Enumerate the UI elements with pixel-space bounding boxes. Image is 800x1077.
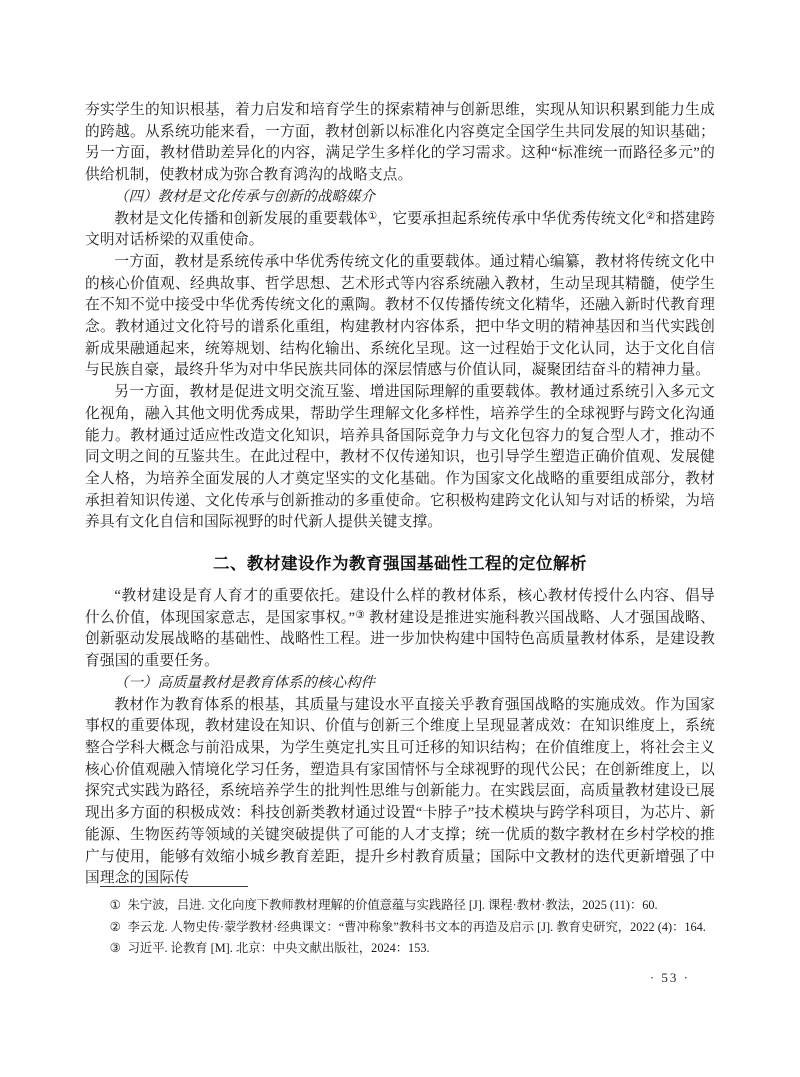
footnote-item: ①朱宁波，吕进. 文化向度下教师教材理解的价值意蕴与实践路径 [J]. 课程·教…: [85, 895, 715, 917]
footnote-divider: [100, 886, 248, 887]
paragraph-segment: 教材是文化传播和创新发展的重要载体: [114, 211, 367, 227]
subheading-one: （一）高质量教材是教育体系的核心构件: [85, 673, 715, 695]
footnote-marker-2: ②: [110, 920, 121, 934]
footnote-marker-1: ①: [110, 898, 121, 912]
footnote-ref-2: ②: [646, 211, 656, 222]
paragraph-other-hand: 另一方面，教材是促进文明交流互鉴、增进国际理解的重要载体。教材通过系统引入多元文…: [85, 382, 715, 534]
paragraph-continued-from-previous-page: 夯实学生的知识根基，着力启发和培育学生的探索精神与创新思维，实现从知识积累到能力…: [85, 100, 715, 187]
subheading-four: （四）教材是文化传承与创新的战略媒介: [85, 187, 715, 209]
paragraph-segment: ，它要承担起系统传承中华优秀传统文化: [377, 211, 645, 227]
document-page: 夯实学生的知识根基，着力启发和培育学生的探索精神与创新思维，实现从知识积累到能力…: [0, 0, 800, 1077]
footnote-text: 朱宁波，吕进. 文化向度下教师教材理解的价值意蕴与实践路径 [J]. 课程·教材…: [128, 898, 658, 912]
paragraph-quality: 教材作为教育体系的根基，其质量与建设水平直接关乎教育强国战略的实施成效。作为国家…: [85, 695, 715, 890]
footnotes-section: ①朱宁波，吕进. 文化向度下教师教材理解的价值意蕴与实践路径 [J]. 课程·教…: [85, 886, 715, 960]
footnote-marker-3: ③: [110, 941, 121, 955]
paragraph-culture-media: 教材是文化传播和创新发展的重要载体①，它要承担起系统传承中华优秀传统文化②和搭建…: [85, 209, 715, 252]
footnote-text: 习近平. 论教育 [M]. 北京：中央文献出版社，2024：153.: [128, 941, 430, 955]
footnote-item: ②李云龙. 人物史传·蒙学教材·经典课文：“曹冲称象”教科书文本的再造及启示 […: [85, 917, 715, 939]
paragraph-one-hand: 一方面，教材是系统传承中华优秀传统文化的重要载体。通过精心编纂，教材将传统文化中…: [85, 252, 715, 382]
page-number: · 53 ·: [650, 970, 690, 986]
footnote-ref-3: ③: [355, 610, 365, 621]
footnote-item: ③习近平. 论教育 [M]. 北京：中央文献出版社，2024：153.: [85, 938, 715, 960]
section-heading: 二、教材建设作为教育强国基础性工程的定位解析: [85, 553, 715, 575]
footnote-text: 李云龙. 人物史传·蒙学教材·经典课文：“曹冲称象”教科书文本的再造及启示 [J…: [128, 920, 706, 934]
footnote-ref-1: ①: [368, 211, 378, 222]
main-text-column: 夯实学生的知识根基，着力启发和培育学生的探索精神与创新思维，实现从知识积累到能力…: [85, 100, 715, 890]
paragraph-quote: “教材建设是育人育才的重要依托。建设什么样的教材体系，核心教材传授什么内容、倡导…: [85, 586, 715, 673]
